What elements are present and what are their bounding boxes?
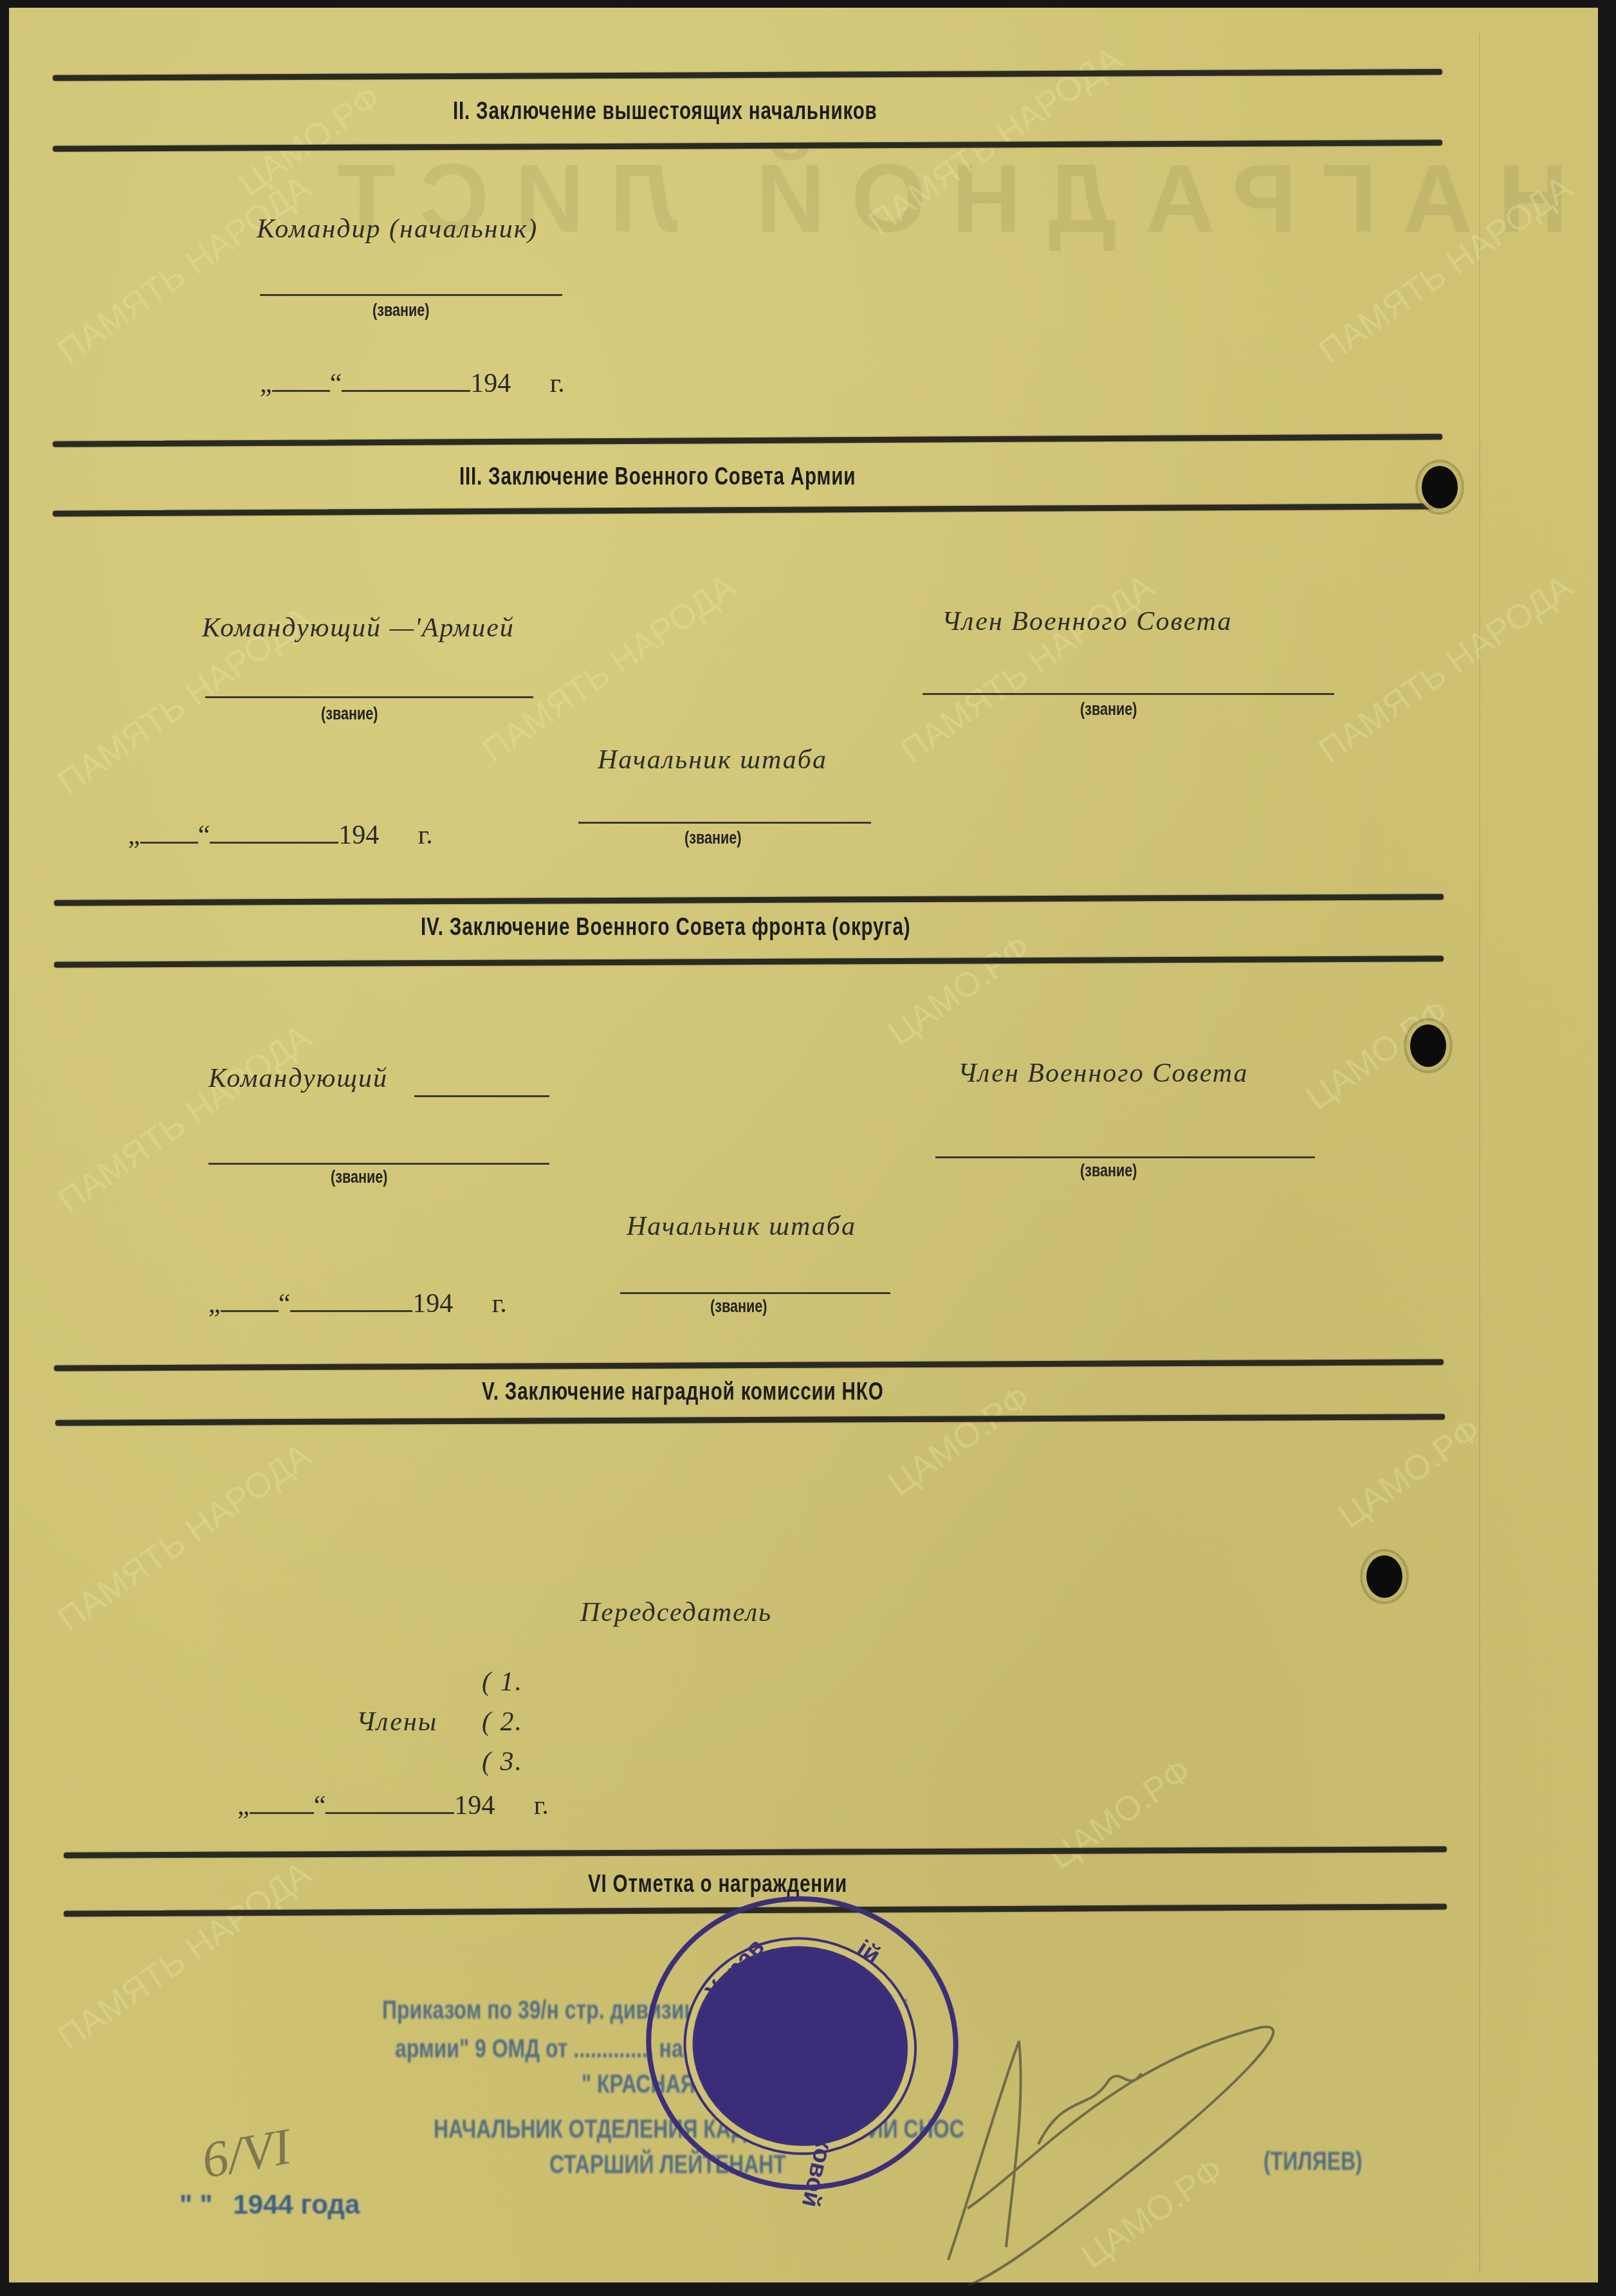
date-close-quote: “ [198, 820, 210, 850]
section-title: III. Заключение Военного Совета Армии [459, 463, 856, 491]
rank-caption: (звание) [684, 828, 741, 848]
rank-caption: (звание) [710, 1297, 767, 1317]
date-field[interactable]: „“194 г. [237, 1790, 549, 1821]
date-year: 194 [470, 369, 511, 398]
watermark: ПАМЯТЬ НАРОДА [52, 1437, 317, 1637]
section-rule [64, 1846, 1447, 1858]
member-2: ( 2. [482, 1707, 523, 1737]
members-label: Члены [356, 1707, 437, 1737]
signer-name: (ТИЛЯЕВ) [1263, 2147, 1363, 2176]
date-suffix: г. [534, 1791, 549, 1820]
date-year: 194 [338, 820, 379, 850]
seal-emblem [679, 1932, 921, 2160]
month-blank[interactable] [210, 822, 338, 844]
signature-line[interactable] [208, 1163, 549, 1165]
award-date: " " 1944 года [179, 2189, 360, 2220]
date-close-quote: “ [279, 1289, 291, 1319]
section-rule [54, 894, 1444, 905]
signature-line[interactable] [205, 696, 533, 698]
watermark: ЦАМО.РФ [883, 929, 1036, 1051]
section-rule [53, 69, 1442, 80]
signature-line[interactable] [923, 693, 1334, 695]
date-suffix: г. [492, 1289, 507, 1319]
section-rule [53, 503, 1442, 516]
month-blank[interactable] [326, 1793, 454, 1814]
watermark: ЦАМО.РФ [883, 1380, 1036, 1502]
day-blank[interactable] [250, 1793, 314, 1814]
council-member-label: Член Военного Совета [942, 606, 1233, 637]
watermark: ЦАМО.РФ [1333, 1412, 1487, 1534]
date-suffix: г. [550, 369, 565, 398]
date-year-stamp: 1944 года [233, 2189, 360, 2219]
section-title: IV. Заключение Военного Совета фронта (о… [421, 914, 910, 941]
date-field[interactable]: „“194 г. [260, 368, 565, 399]
date-year: 194 [412, 1289, 453, 1319]
day-blank[interactable] [140, 822, 198, 844]
council-member-label: Член Военного Совета [958, 1058, 1249, 1089]
rank-caption: (звание) [321, 704, 378, 724]
date-stamp-quotes: " " [179, 2189, 213, 2219]
date-suffix: г. [418, 820, 433, 850]
day-blank[interactable] [272, 371, 330, 392]
rank-caption: (звание) [372, 301, 429, 320]
date-close-quote: “ [314, 1791, 326, 1820]
member-1: ( 1. [482, 1667, 523, 1698]
commander-label: Командир (начальник) [257, 214, 538, 245]
member-3: ( 3. [482, 1746, 523, 1777]
watermark: ПАМЯТЬ НАРОДА [895, 568, 1160, 768]
date-open-quote: „ [260, 369, 272, 398]
document-page: НАГРАДНОЙ ЛИСТ ПАМЯТЬ НАРОДА ЦАМО.РФ ПАМ… [9, 8, 1598, 2282]
watermark: ПАМЯТЬ НАРОДА [477, 568, 742, 768]
commander-label: Командующий [208, 1063, 388, 1094]
punch-hole [1366, 1555, 1402, 1598]
rank-caption: (звание) [331, 1167, 387, 1187]
watermark: ПАМЯТЬ НАРОДА [1313, 568, 1578, 768]
section-rule [53, 434, 1442, 447]
month-blank[interactable] [290, 1291, 412, 1312]
signature-line[interactable] [578, 822, 871, 824]
signature-line[interactable] [935, 1156, 1315, 1158]
rank-caption: (звание) [1080, 1161, 1137, 1181]
watermark: ПАМЯТЬ НАРОДА [52, 169, 317, 369]
fold-line [1479, 33, 1480, 2273]
section-rule [55, 1414, 1445, 1425]
chief-of-staff-label: Начальник штаба [598, 745, 827, 775]
section-title: II. Заключение вышестоящих начальников [453, 98, 877, 125]
signature-line[interactable] [620, 1292, 890, 1294]
signature-line[interactable] [260, 294, 562, 296]
date-year: 194 [454, 1791, 495, 1820]
chairman-label: Передседатель [580, 1597, 772, 1628]
date-close-quote: “ [330, 369, 342, 398]
section-rule [54, 1359, 1444, 1371]
punch-hole [1410, 1024, 1446, 1067]
date-open-quote: „ [208, 1289, 221, 1319]
watermark: ПАМЯТЬ НАРОДА [52, 1019, 317, 1219]
watermark: ЦАМО.РФ [1043, 1753, 1197, 1875]
watermark: ЦАМО.РФ [1076, 2152, 1229, 2274]
commander-label: Командующий —'Армией [202, 613, 515, 643]
date-open-quote: „ [237, 1791, 250, 1820]
rank-caption: (звание) [1080, 699, 1137, 719]
army-name-line[interactable] [414, 1095, 549, 1097]
handwritten-date: 6/VI [197, 2118, 295, 2191]
punch-hole [1422, 466, 1458, 508]
section-title: V. Заключение наградной комиссии НКО [482, 1378, 883, 1406]
month-blank[interactable] [342, 371, 470, 392]
watermark: ПАМЯТЬ НАРОДА [52, 1855, 317, 2055]
chief-of-staff-label: Начальник штаба [627, 1211, 856, 1242]
date-field[interactable]: „“194 г. [208, 1288, 507, 1319]
date-open-quote: „ [128, 820, 140, 850]
date-field[interactable]: „“194 г. [128, 820, 433, 851]
section-rule [54, 956, 1444, 967]
day-blank[interactable] [221, 1291, 279, 1312]
section-title: VI Отметка о награждении [588, 1871, 847, 1898]
